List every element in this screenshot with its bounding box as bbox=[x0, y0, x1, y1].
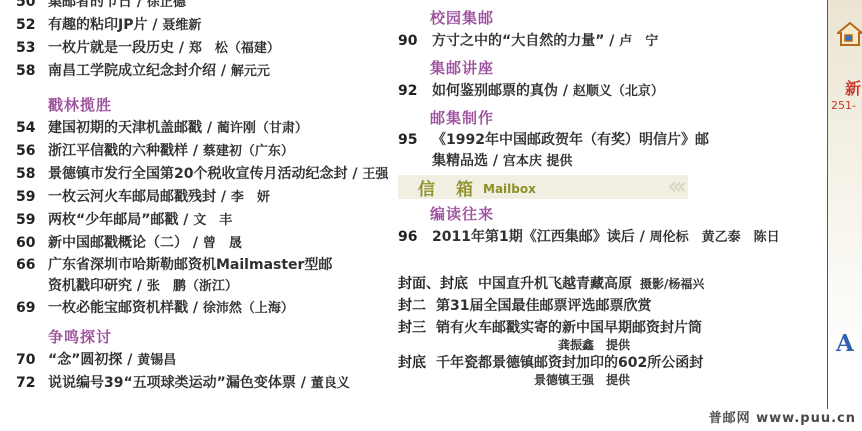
page-number: 90 bbox=[398, 30, 432, 53]
toc-entry: 90 方寸之中的“大自然的力量” / 卢 宁 bbox=[398, 30, 812, 53]
page-number: 70 bbox=[16, 349, 48, 372]
cover-note-front: 封面、封底 中国直升机飞越青藏高原 摄影/杨福兴 bbox=[398, 273, 812, 295]
entry-author: 蔡建初（广东） bbox=[203, 144, 294, 159]
toc-entry: 52 有趣的粘印JP片 / 聂维新 bbox=[16, 14, 394, 37]
entry-title: “念”圆初探 bbox=[48, 352, 122, 368]
cover-text: 第31届全国最佳邮票评选邮票欣赏 bbox=[436, 295, 651, 317]
entry-title: 如何鉴别邮票的真伪 bbox=[432, 83, 558, 99]
entry-author: 董良义 bbox=[311, 376, 350, 391]
mailbox-banner-cn: 信 箱 bbox=[418, 175, 475, 200]
entry-author: 徐沛然（上海） bbox=[203, 301, 294, 316]
entry-title: 两枚“少年邮局”邮戳 bbox=[48, 212, 178, 228]
entry-title: 一枚片就是一段历史 bbox=[48, 40, 174, 56]
cover-notes: 封面、封底 中国直升机飞越青藏高原 摄影/杨福兴 封二 第31届全国最佳邮票评选… bbox=[398, 273, 812, 387]
section-header-letters: 编读往来 bbox=[430, 202, 812, 226]
entry-title: 一枚云河火车邮局邮戳残封 bbox=[48, 189, 216, 205]
entry-title: 景德镇市发行全国第20个税收宣传月活动纪念封 bbox=[48, 166, 347, 182]
toc-entry: 60 新中国邮戳概论（二） / 曾 晟 bbox=[16, 232, 394, 255]
section-header-campus: 校园集邮 bbox=[430, 6, 812, 30]
entry-author: 李 妍 bbox=[231, 190, 270, 205]
page-number: 66 bbox=[16, 255, 48, 276]
toc-entry: 58 南昌工学院成立纪念封介绍 / 解元元 bbox=[16, 60, 394, 83]
section-header-exhibit: 邮集制作 bbox=[430, 106, 812, 130]
entry-author: 徐正德 bbox=[147, 0, 186, 10]
cover-credit: 摄影/杨福兴 bbox=[640, 273, 704, 295]
watermark-text: 普邮网 www.puu.cn bbox=[709, 407, 856, 426]
cover-label: 封面、封底 bbox=[398, 273, 468, 295]
cover-credit-line: 龚振鑫 提供 bbox=[398, 339, 630, 352]
section-header-lecture: 集邮讲座 bbox=[430, 56, 812, 80]
toc-entry: 70 “念”圆初探 / 黄锡昌 bbox=[16, 349, 394, 372]
entry-author: 卢 宁 bbox=[619, 34, 658, 49]
page-number: 56 bbox=[16, 140, 48, 163]
mailbox-banner-en: Mailbox bbox=[483, 182, 536, 196]
page-number: 54 bbox=[16, 117, 48, 140]
cover-label: 封底 bbox=[398, 352, 426, 374]
page-number: 52 bbox=[16, 14, 48, 37]
entry-author: 文 丰 bbox=[193, 213, 232, 228]
entry-title: 2011年第1期《江西集邮》读后 bbox=[432, 229, 635, 245]
toc-entry: 56 浙江平信戳的六种戳样 / 蔡建初（广东） bbox=[16, 140, 394, 163]
edge-divider-line bbox=[827, 0, 828, 431]
cover-text: 中国直升机飞越青藏高原 bbox=[478, 273, 632, 295]
entry-title: 南昌工学院成立纪念封介绍 bbox=[48, 63, 216, 79]
toc-left-column: 50 集邮者的节日 / 徐正德 52 有趣的粘印JP片 / 聂维新 53 一枚片… bbox=[16, 0, 394, 395]
entry-author: 聂维新 bbox=[162, 18, 201, 33]
page-number: 72 bbox=[16, 372, 48, 395]
toc-entry: 92 如何鉴别邮票的真伪 / 赵顺义（北京） bbox=[398, 80, 812, 103]
entry-author: 赵顺义（北京） bbox=[573, 84, 664, 99]
page-number: 53 bbox=[16, 37, 48, 60]
entry-author: 郑 松（福建） bbox=[189, 41, 280, 56]
page-number: 58 bbox=[16, 60, 48, 83]
cover-text: 千年瓷都景德镇邮资封加印的602所公函封 bbox=[436, 352, 703, 374]
entry-title: 浙江平信戳的六种戳样 bbox=[48, 143, 188, 159]
toc-entry: 50 集邮者的节日 / 徐正德 bbox=[16, 0, 394, 14]
entry-author: 宫本庆 提供 bbox=[503, 154, 573, 169]
toc-entry: 69 一枚必能宝邮资机样戳 / 徐沛然（上海） bbox=[16, 297, 394, 320]
cover-note-back: 封底 千年瓷都景德镇邮资封加印的602所公函封 bbox=[398, 352, 812, 374]
cover-label: 封二 bbox=[398, 295, 426, 317]
entry-title: 新中国邮戳概论（二） bbox=[48, 235, 188, 251]
page-edge-strip: 新 251- A bbox=[827, 0, 862, 431]
entry-author: 黄锡昌 bbox=[137, 353, 176, 368]
chevrons-left-icon: ‹‹‹ bbox=[667, 172, 682, 200]
section-header-debate: 争鸣探讨 bbox=[48, 325, 394, 349]
toc-entry: 95 《1992年中国邮政贺年（有奖）明信片》邮集精品选 / 宫本庆 提供 bbox=[398, 130, 812, 172]
entry-title: 一枚必能宝邮资机样戳 bbox=[48, 300, 188, 316]
entry-title: 方寸之中的“大自然的力量” bbox=[432, 33, 604, 49]
toc-entry: 54 建国初期的天津机盖邮戳 / 蔺许刚（甘肃） bbox=[16, 117, 394, 140]
edge-red-text: 新 bbox=[845, 76, 861, 99]
entry-title: 有趣的粘印JP片 bbox=[48, 17, 147, 33]
entry-author: 蔺许刚（甘肃） bbox=[217, 121, 308, 136]
house-icon bbox=[837, 22, 862, 46]
page-number: 95 bbox=[398, 130, 432, 151]
cover-text: 销有火车邮戳实寄的新中国早期邮资封片筒 bbox=[436, 317, 702, 339]
toc-entry: 59 两枚“少年邮局”邮戳 / 文 丰 bbox=[16, 209, 394, 232]
entry-title: 说说编号39“五项球类运动”漏色变体票 bbox=[48, 375, 296, 391]
page-number: 60 bbox=[16, 232, 48, 255]
page-number: 96 bbox=[398, 226, 432, 249]
page-number: 58 bbox=[16, 163, 48, 186]
cover-note-inside2: 封二 第31届全国最佳邮票评选邮票欣赏 bbox=[398, 295, 812, 317]
cover-label: 封三 bbox=[398, 317, 426, 339]
entry-author: 曾 晟 bbox=[203, 236, 242, 251]
page-number: 92 bbox=[398, 80, 432, 103]
page-number: 59 bbox=[16, 186, 48, 209]
toc-entry: 59 一枚云河火车邮局邮戳残封 / 李 妍 bbox=[16, 186, 394, 209]
toc-entry: 72 说说编号39“五项球类运动”漏色变体票 / 董良义 bbox=[16, 372, 394, 395]
toc-right-column: 校园集邮 90 方寸之中的“大自然的力量” / 卢 宁 集邮讲座 92 如何鉴别… bbox=[398, 0, 812, 387]
entry-title: 建国初期的天津机盖邮戳 bbox=[48, 120, 202, 136]
page-number: 50 bbox=[16, 0, 48, 14]
cover-note-inside3: 封三 销有火车邮戳实寄的新中国早期邮资封片筒 bbox=[398, 317, 812, 339]
page-number: 59 bbox=[16, 209, 48, 232]
mailbox-banner: 信 箱 Mailbox ‹‹‹ bbox=[398, 175, 688, 199]
entry-title: 集邮者的节日 bbox=[48, 0, 132, 10]
section-header-postmarks: 戳林揽胜 bbox=[48, 93, 394, 117]
toc-entry: 53 一枚片就是一段历史 / 郑 松（福建） bbox=[16, 37, 394, 60]
entry-author: 张 鹏（浙江） bbox=[147, 279, 238, 294]
entry-author: 王强 bbox=[362, 167, 388, 182]
toc-entry: 58 景德镇市发行全国第20个税收宣传月活动纪念封 / 王强 bbox=[16, 163, 394, 186]
entry-author: 解元元 bbox=[231, 64, 270, 79]
page-number: 69 bbox=[16, 297, 48, 320]
edge-letter-a: A bbox=[836, 330, 854, 357]
toc-entry: 66 广东省深圳市哈斯勒邮资机Mailmaster型邮资机戳印研究 / 张 鹏（… bbox=[16, 255, 394, 297]
entry-author: 周伦标 黄乙泰 陈日 bbox=[650, 230, 780, 245]
cover-credit-line: 景德镇王强 提供 bbox=[398, 374, 630, 387]
edge-red-number: 251- bbox=[831, 99, 856, 112]
toc-entry: 96 2011年第1期《江西集邮》读后 / 周伦标 黄乙泰 陈日 bbox=[398, 226, 812, 249]
